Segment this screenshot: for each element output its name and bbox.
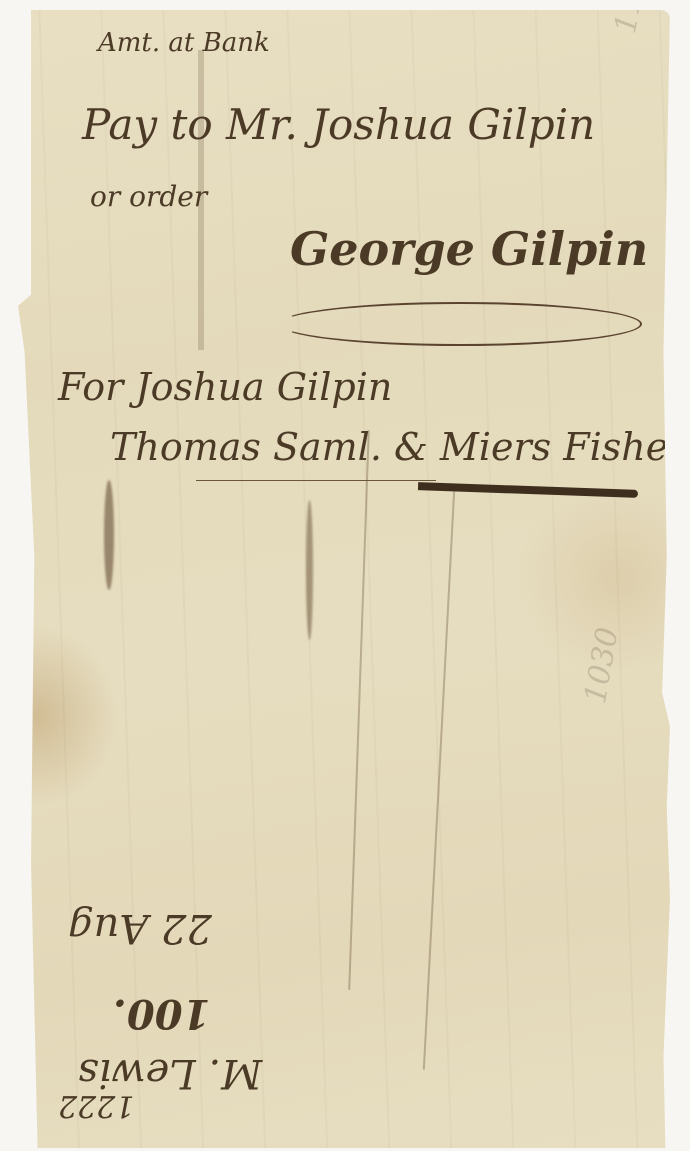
- inverted-date: 22 Aug: [68, 905, 212, 951]
- underline-rule: [196, 480, 436, 481]
- ink-smear: [306, 500, 313, 640]
- bleed-through-rule: [348, 430, 370, 990]
- pay-to-line: Pay to Mr. Joshua Gilpin: [82, 100, 595, 149]
- or-order-line: or order: [90, 180, 207, 213]
- signature-flourish: [278, 302, 642, 346]
- inverted-name: M. Lewis: [78, 1050, 262, 1096]
- header-text: Amt. at Bank: [98, 28, 270, 58]
- bleed-through-number-top: 1180: [608, 0, 656, 36]
- signature-tail-stroke: [418, 482, 638, 498]
- inverted-amount: 100.: [113, 990, 210, 1037]
- bleed-through-number-mid: 1030: [578, 625, 626, 706]
- bleed-through-rule: [423, 490, 455, 1069]
- for-joshua-gilpin-line: For Joshua Gilpin: [58, 365, 392, 409]
- signature-fisher: Thomas Saml. & Miers Fisher: [110, 425, 686, 469]
- signature-george-gilpin: George Gilpin: [290, 222, 648, 276]
- check-paper: 1180 1030 Amt. at Bank Pay to Mr. Joshua…: [18, 10, 670, 1148]
- ink-smear: [104, 480, 114, 590]
